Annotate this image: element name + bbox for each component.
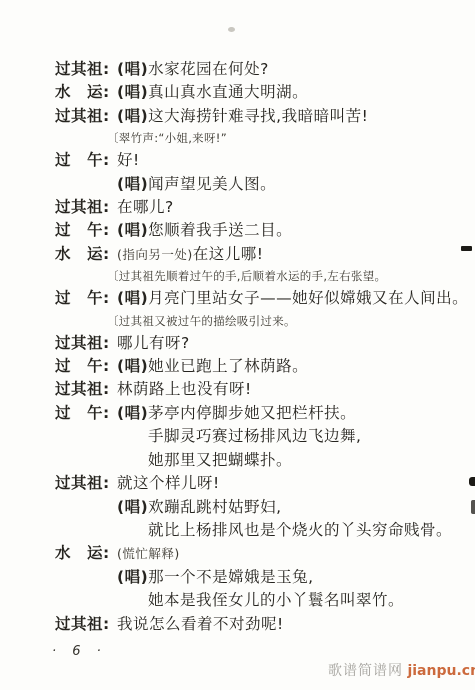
- line-text: 就这个样儿呀!: [117, 472, 220, 495]
- script-line: 水 运:(唱)真山真水直通大明湖。: [55, 81, 467, 104]
- line-text: (唱)茅亭内停脚步她又把栏杆扶。: [117, 402, 356, 425]
- line-text: 就比上杨排风也是个烧火的丫头穷命贱骨。: [148, 519, 452, 542]
- speaker-name: 过其祖:: [55, 332, 117, 355]
- script-line: 水 运:(慌忙解释): [55, 542, 467, 565]
- sing-marker: (唱): [117, 289, 148, 307]
- script-line: (唱)闻声望见美人图。: [117, 173, 467, 196]
- script-line: 过 午:(唱)月亮门里站女子——她好似嫦娥又在人间出。: [55, 287, 467, 310]
- script-line: 水 运:(指向另一处)在这儿哪!: [55, 243, 467, 266]
- line-text: 哪儿有呀?: [117, 332, 190, 355]
- sing-marker: (唱): [117, 60, 148, 78]
- sing-marker: (唱): [117, 175, 148, 193]
- speaker-name: 水 运:: [55, 542, 117, 565]
- speaker-name: 过其祖:: [55, 378, 117, 401]
- speaker-name: 水 运:: [55, 81, 117, 104]
- line-text: (指向另一处)在这儿哪!: [117, 243, 263, 266]
- speaker-name: 过其祖:: [55, 196, 117, 219]
- script-line: 过其祖:(唱)水家花园在何处?: [55, 58, 467, 81]
- sing-marker: (唱): [117, 568, 148, 586]
- sing-marker: (唱): [117, 498, 148, 516]
- line-text: (唱)真山真水直通大明湖。: [117, 81, 308, 104]
- speaker-name: 过其祖:: [55, 58, 117, 81]
- script-line: 过 午:(唱)茅亭内停脚步她又把栏杆扶。: [55, 402, 467, 425]
- line-text: (唱)月亮门里站女子——她好似嫦娥又在人间出。: [117, 287, 468, 310]
- sing-marker: (唱): [117, 83, 148, 101]
- watermark-site-name: 歌谱简谱网: [328, 663, 403, 679]
- line-text: 〔过其祖先顺着过午的手,后顺着水运的手,左右张望。: [107, 266, 386, 287]
- script-line: (唱)那一个不是嫦娥是玉兔,: [117, 566, 467, 589]
- line-text: (慌忙解释): [117, 542, 180, 565]
- line-text: (唱)您顺着我手送二目。: [117, 219, 292, 242]
- script-line: 过其祖:我说怎么看着不对劲呢!: [55, 613, 467, 636]
- speaker-name: 过其祖:: [55, 472, 117, 495]
- script-line: 手脚灵巧赛过杨排风边飞边舞,: [148, 425, 467, 448]
- line-text: (唱)欢蹦乱跳村姑野妇,: [117, 496, 282, 519]
- line-text: 手脚灵巧赛过杨排风边飞边舞,: [148, 425, 361, 448]
- line-text: (唱)这大海捞针难寻找,我暗暗叫苦!: [117, 105, 368, 128]
- script-line: 她那里又把蝴蝶扑。: [148, 449, 467, 472]
- speaker-name: 过其祖:: [55, 613, 117, 636]
- script-line: 〔过其祖先顺着过午的手,后顺着水运的手,左右张望。: [107, 266, 467, 287]
- script-line: 过其祖:就这个样儿呀!: [55, 472, 467, 495]
- sing-marker: (唱): [117, 107, 148, 125]
- site-watermark: 歌谱简谱网 jianpu.cn: [328, 660, 475, 680]
- speaker-name: 过 午:: [55, 355, 117, 378]
- speaker-name: 过 午:: [55, 287, 117, 310]
- script-line: 她本是我侄女儿的小丫鬟名叫翠竹。: [148, 589, 467, 612]
- line-text: 林荫路上也没有呀!: [117, 378, 252, 401]
- line-text: 〔翠竹声:“小姐,来呀!”: [107, 128, 227, 149]
- script-line: 过其祖:在哪儿?: [55, 196, 467, 219]
- line-text: 好!: [117, 149, 140, 172]
- page-number: · 6 ·: [52, 644, 107, 659]
- scan-artifact: [461, 246, 472, 251]
- speaker-name: 过 午:: [55, 149, 117, 172]
- script-line: 〔过其祖又被过午的描绘吸引过来。: [107, 311, 467, 332]
- script-line: 过其祖:(唱)这大海捞针难寻找,我暗暗叫苦!: [55, 105, 467, 128]
- scan-artifact: [471, 500, 475, 514]
- script-line: 〔翠竹声:“小姐,来呀!”: [107, 128, 467, 149]
- line-text: (唱)她业已跑上了林荫路。: [117, 355, 308, 378]
- script-line: 就比上杨排风也是个烧火的丫头穷命贱骨。: [148, 519, 467, 542]
- scanned-script-page: 过其祖:(唱)水家花园在何处?水 运:(唱)真山真水直通大明湖。过其祖:(唱)这…: [0, 0, 475, 690]
- stage-direction-inline: (指向另一处): [117, 247, 193, 262]
- line-text: 她那里又把蝴蝶扑。: [148, 449, 292, 472]
- sing-marker: (唱): [117, 357, 148, 375]
- speaker-name: 过其祖:: [55, 105, 117, 128]
- line-text: 〔过其祖又被过午的描绘吸引过来。: [107, 311, 296, 332]
- stage-direction-inline: (慌忙解释): [117, 546, 180, 561]
- speaker-name: 过 午:: [55, 219, 117, 242]
- script-line: 过其祖:林荫路上也没有呀!: [55, 378, 467, 401]
- line-text: 在哪儿?: [117, 196, 174, 219]
- speaker-name: 水 运:: [55, 243, 117, 266]
- line-text: 她本是我侄女儿的小丫鬟名叫翠竹。: [148, 589, 404, 612]
- script-line: (唱)欢蹦乱跳村姑野妇,: [117, 496, 467, 519]
- line-text: 我说怎么看着不对劲呢!: [117, 613, 284, 636]
- script-line: 过 午:(唱)她业已跑上了林荫路。: [55, 355, 467, 378]
- script-line: 过其祖:哪儿有呀?: [55, 332, 467, 355]
- script-body: 过其祖:(唱)水家花园在何处?水 运:(唱)真山真水直通大明湖。过其祖:(唱)这…: [0, 58, 475, 636]
- scan-artifact: [228, 27, 235, 32]
- speaker-name: 过 午:: [55, 402, 117, 425]
- line-text: (唱)那一个不是嫦娥是玉兔,: [117, 566, 314, 589]
- line-text: (唱)水家花园在何处?: [117, 58, 269, 81]
- scan-artifact: [469, 477, 475, 486]
- watermark-site-url: jianpu.cn: [407, 663, 475, 679]
- sing-marker: (唱): [117, 221, 148, 239]
- script-line: 过 午:好!: [55, 149, 467, 172]
- sing-marker: (唱): [117, 404, 148, 422]
- script-line: 过 午:(唱)您顺着我手送二目。: [55, 219, 467, 242]
- line-text: (唱)闻声望见美人图。: [117, 173, 276, 196]
